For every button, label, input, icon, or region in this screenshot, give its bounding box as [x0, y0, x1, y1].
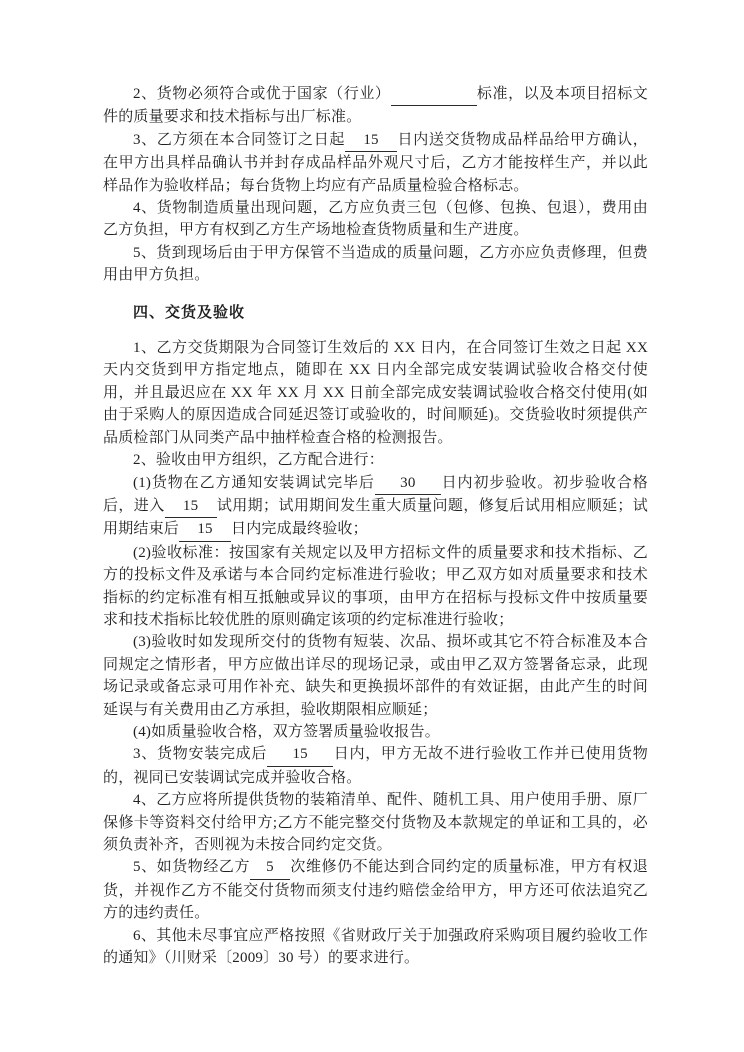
text-run: 5、货到现场后由于甲方保管不当造成的质量问题，乙方亦应负责修理，但费用由甲方负担…	[103, 245, 648, 283]
paragraph: 5、如货物经乙方5次维修仍不能达到合同约定的质量标准，甲方有权退货，并视作乙方不…	[103, 856, 648, 924]
text-run: (3)验收时如发现所交付的货物有短装、次品、损坏或其它不符合标准及本合同规定之情…	[103, 634, 648, 717]
text-run: 4、货物制造质量出现问题，乙方应负责三包（包修、包换、包退），费用由乙方负担，甲…	[103, 200, 648, 238]
paragraph: 2、货物必须符合或优于国家（行业） 标准，以及本项目招标文件的质量要求和技术指标…	[103, 83, 648, 129]
paragraph: (2)验收标准：按国家有关规定以及甲方招标文件的质量要求和技术指标、乙方的投标文…	[103, 542, 648, 632]
text-run: 4、乙方应将所提供货物的装箱清单、配件、随机工具、用户使用手册、原厂保修卡等资料…	[103, 792, 648, 853]
document-body: 2、货物必须符合或优于国家（行业） 标准，以及本项目招标文件的质量要求和技术指标…	[103, 83, 648, 969]
text-run: 3、乙方须在本合同签订之日起	[133, 132, 345, 148]
blank-field	[391, 83, 477, 106]
blank-field: 5	[250, 856, 290, 879]
text-run: (1)货物在乙方通知安装调试完毕后	[133, 475, 375, 491]
paragraph: 4、货物制造质量出现问题，乙方应负责三包（包修、包换、包退），费用由乙方负担，甲…	[103, 197, 648, 242]
paragraph: (1)货物在乙方通知安装调试完毕后30日内初步验收。初步验收合格后，进入15试用…	[103, 472, 648, 542]
paragraph: (4)如质量验收合格，双方签署质量验收报告。	[103, 721, 648, 743]
text-run: 1、乙方交货期限为合同签订生效后的 XX 日内，在合同签订生效之日起 XX 天内…	[103, 340, 648, 446]
text-run: 3、货物安装完成后	[133, 746, 267, 762]
text-run: (4)如质量验收合格，双方签署质量验收报告。	[133, 724, 440, 740]
blank-field: 15	[179, 518, 231, 541]
section-heading: 四、交货及验收	[103, 302, 648, 324]
paragraph: 3、货物安装完成后15日内，甲方无故不进行验收工作并已使用货物的，视同已安装调试…	[103, 743, 648, 789]
paragraph: (3)验收时如发现所交付的货物有短装、次品、损坏或其它不符合标准及本合同规定之情…	[103, 631, 648, 721]
text-run: 2、验收由甲方组织，乙方配合进行：	[133, 452, 384, 468]
paragraph: 4、乙方应将所提供货物的装箱清单、配件、随机工具、用户使用手册、原厂保修卡等资料…	[103, 789, 648, 856]
paragraph: 5、货到现场后由于甲方保管不当造成的质量问题，乙方亦应负责修理，但费用由甲方负担…	[103, 242, 648, 287]
text-run: 5、如货物经乙方	[133, 859, 250, 875]
paragraph: 6、其他未尽事宜应严格按照《省财政厅关于加强政府采购项目履约验收工作的通知》（川…	[103, 925, 648, 970]
document-page: 2、货物必须符合或优于国家（行业） 标准，以及本项目招标文件的质量要求和技术指标…	[0, 0, 744, 1052]
paragraph: 3、乙方须在本合同签订之日起15日内送交货物成品样品给甲方确认，在甲方出具样品确…	[103, 129, 648, 197]
blank-field: 15	[165, 495, 217, 518]
text-run: 6、其他未尽事宜应严格按照《省财政厅关于加强政府采购项目履约验收工作的通知》（川…	[103, 928, 648, 966]
paragraph: 2、验收由甲方组织，乙方配合进行：	[103, 449, 648, 471]
blank-field: 15	[345, 129, 397, 152]
blank-field: 15	[267, 743, 333, 766]
text-run: 日内完成最终验收；	[231, 521, 368, 537]
paragraph: 1、乙方交货期限为合同签订生效后的 XX 日内，在合同签订生效之日起 XX 天内…	[103, 337, 648, 449]
text-run: (2)验收标准：按国家有关规定以及甲方招标文件的质量要求和技术指标、乙方的投标文…	[103, 545, 648, 628]
blank-field: 30	[375, 472, 441, 495]
text-run: 2、货物必须符合或优于国家（行业）	[133, 86, 391, 102]
text-run: 四、交货及验收	[133, 305, 245, 321]
